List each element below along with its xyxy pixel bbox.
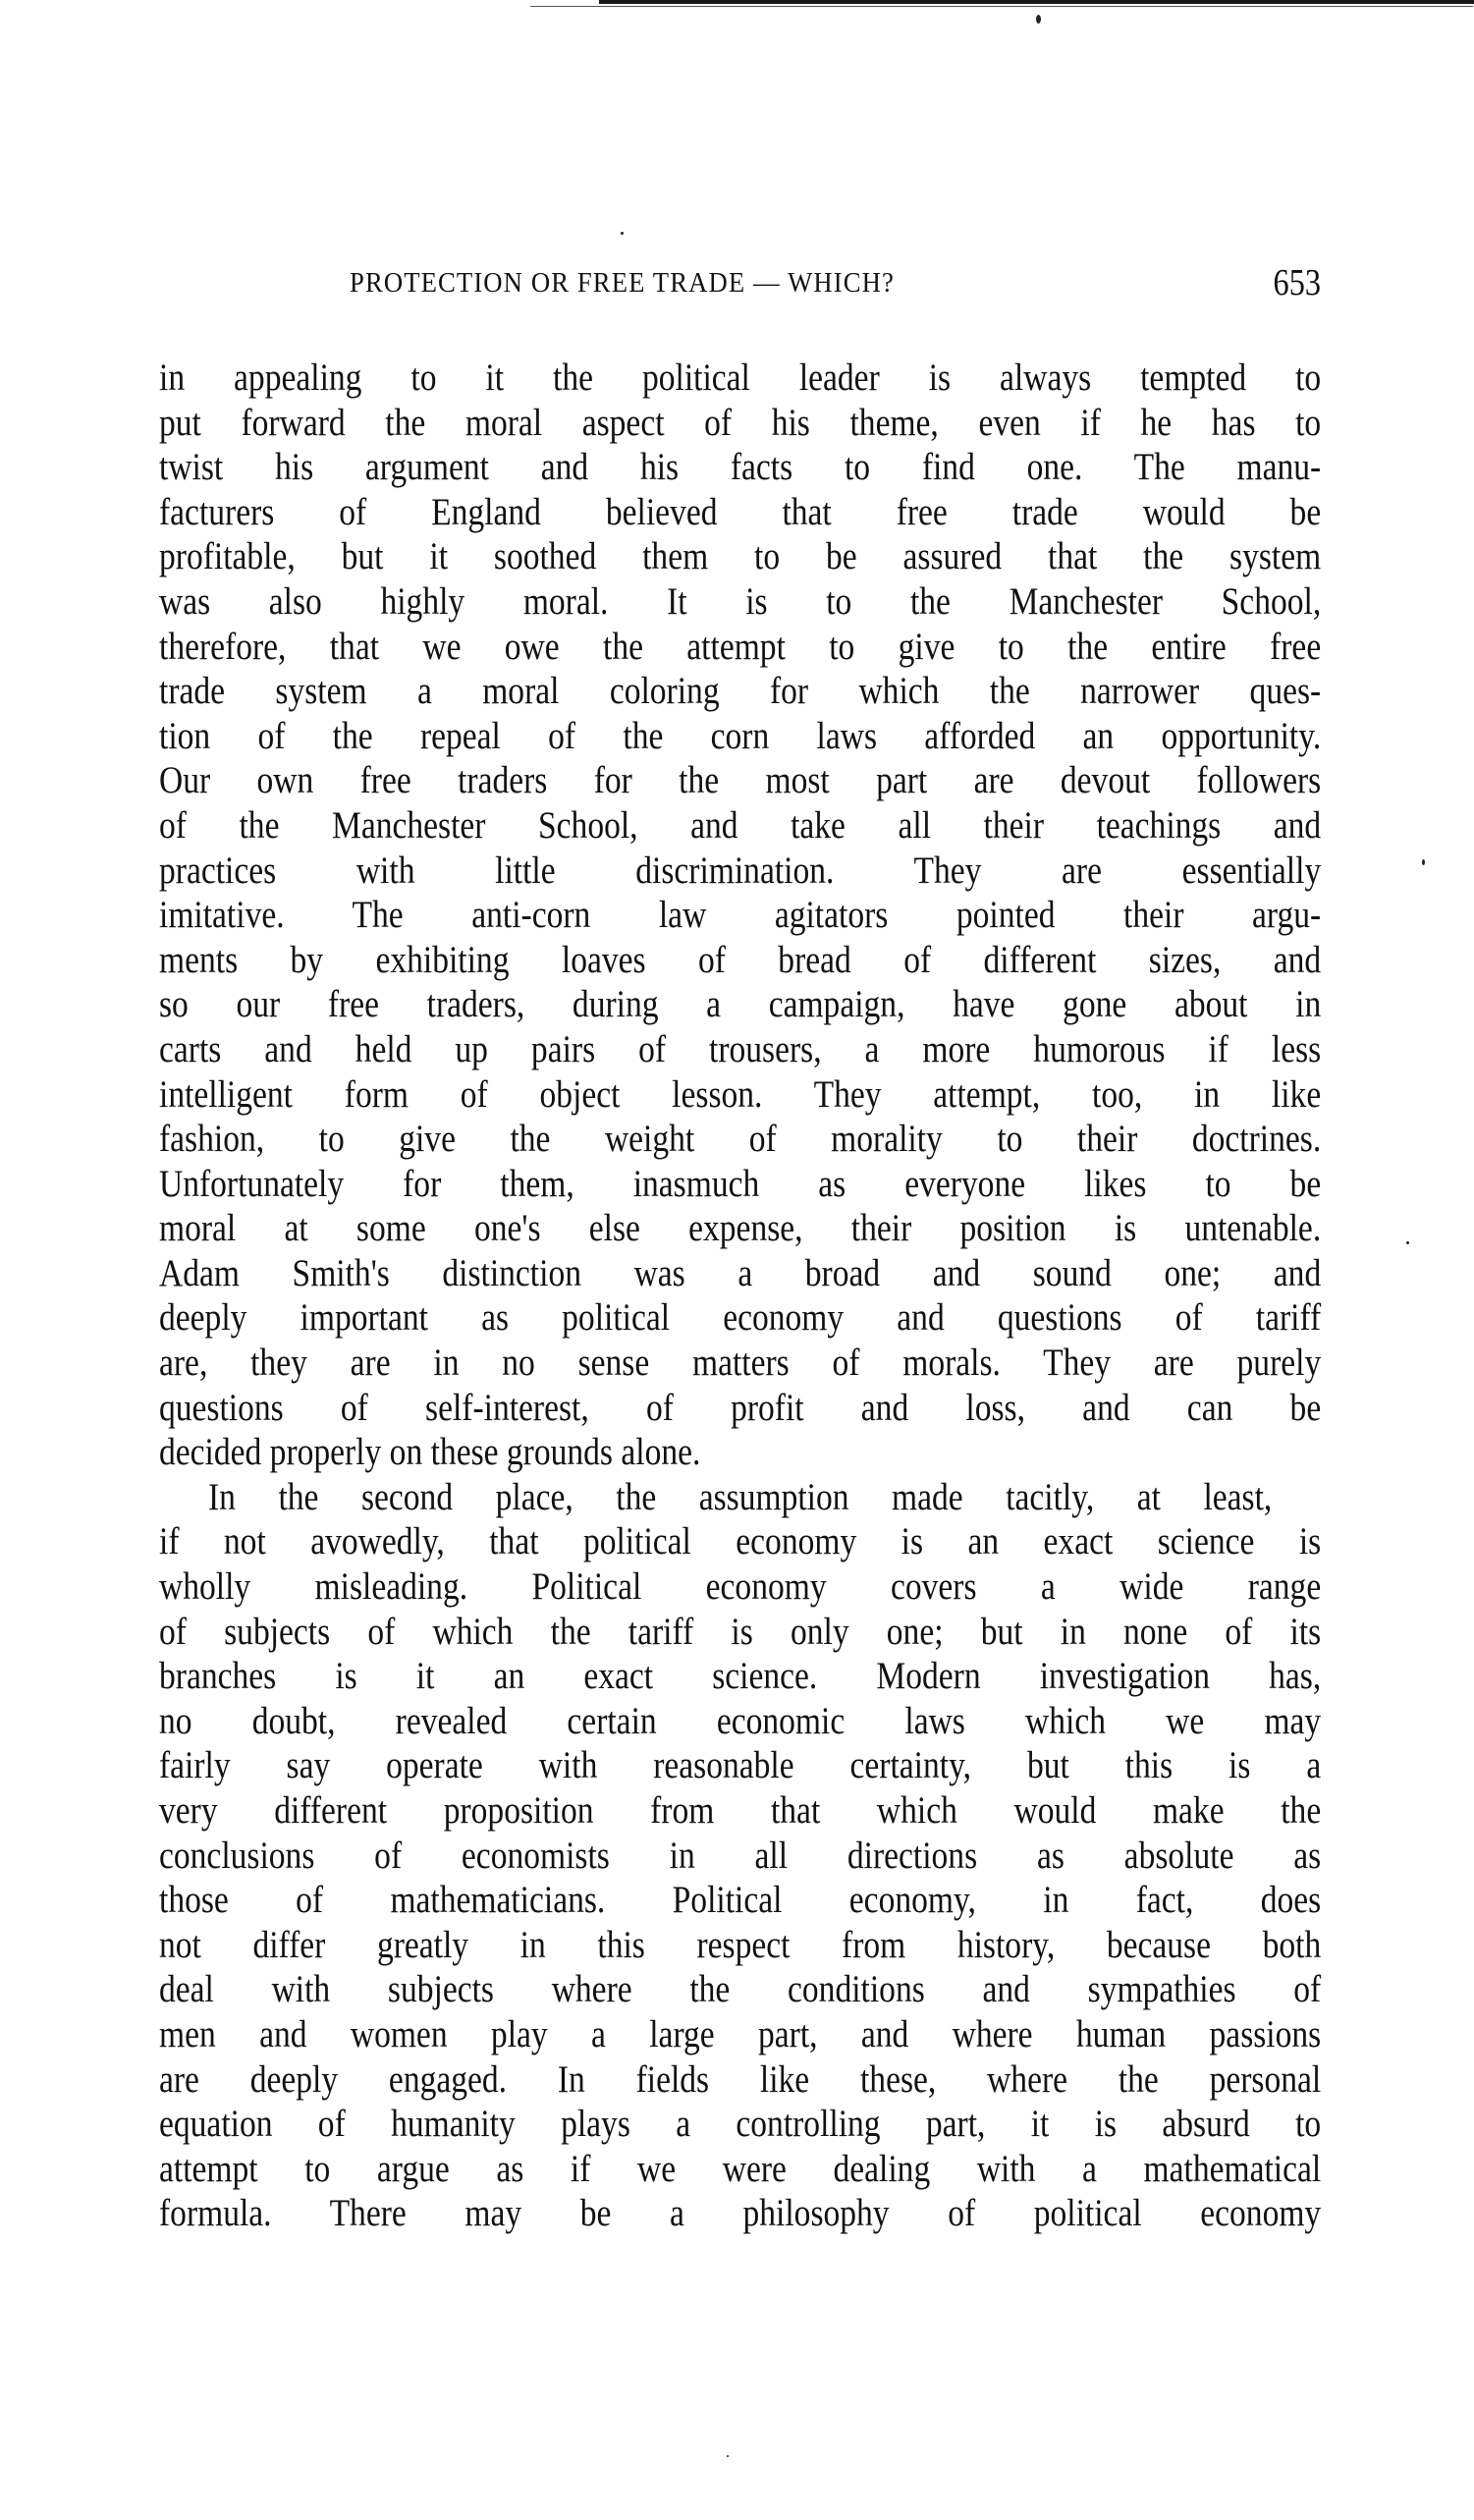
text-line: practices with little discrimination. Th… bbox=[159, 849, 1321, 894]
text-line: fairly say operate with reasonable certa… bbox=[159, 1743, 1321, 1788]
text-line: equation of humanity plays a controlling… bbox=[159, 2102, 1321, 2147]
scan-speck bbox=[1422, 859, 1425, 865]
body-text: in appealing to it the political leader … bbox=[159, 356, 1321, 2236]
text-line: wholly misleading. Political economy cov… bbox=[159, 1564, 1321, 1610]
running-title: PROTECTION OR FREE TRADE — WHICH? bbox=[350, 267, 895, 300]
text-line: carts and held up pairs of trousers, a m… bbox=[159, 1027, 1321, 1072]
scan-speck bbox=[727, 2455, 729, 2457]
text-line: tion of the repeal of the corn laws affo… bbox=[159, 714, 1321, 759]
text-line: in appealing to it the political leader … bbox=[159, 356, 1321, 401]
text-line: conclusions of economists in all directi… bbox=[159, 1834, 1321, 1879]
text-line: profitable, but it soothed them to be as… bbox=[159, 534, 1321, 579]
text-line-paragraph-end: decided properly on these grounds alone. bbox=[159, 1430, 1321, 1475]
text-line: deal with subjects where the conditions … bbox=[159, 1967, 1321, 2012]
text-line: put forward the moral aspect of his them… bbox=[159, 401, 1321, 446]
text-line: so our free traders, during a campaign, … bbox=[159, 982, 1321, 1027]
text-line: imitative. The anti-corn law agitators p… bbox=[159, 893, 1321, 938]
text-line: moral at some one's else expense, their … bbox=[159, 1206, 1321, 1251]
text-line: deeply important as political economy an… bbox=[159, 1295, 1321, 1341]
text-line: twist his argument and his facts to find… bbox=[159, 445, 1321, 490]
text-line: formula. There may be a philosophy of po… bbox=[159, 2191, 1321, 2236]
scan-top-edge-rule-thin bbox=[530, 6, 1473, 7]
text-line: are deeply engaged. In fields like these… bbox=[159, 2057, 1321, 2103]
text-line-paragraph-start: In the second place, the assumption made… bbox=[159, 1475, 1321, 1520]
text-line: therefore, that we owe the attempt to gi… bbox=[159, 625, 1321, 670]
text-line: no doubt, revealed certain economic laws… bbox=[159, 1699, 1321, 1744]
text-line: questions of self-interest, of profit an… bbox=[159, 1386, 1321, 1431]
text-line: those of mathematicians. Political econo… bbox=[159, 1878, 1321, 1923]
running-head: PROTECTION OR FREE TRADE — WHICH? 653 bbox=[159, 261, 1321, 310]
text-line: are, they are in no sense matters of mor… bbox=[159, 1341, 1321, 1386]
text-line: Adam Smith's distinction was a broad and… bbox=[159, 1251, 1321, 1296]
text-line: of the Manchester School, and take all t… bbox=[159, 803, 1321, 849]
text-line: men and women play a large part, and whe… bbox=[159, 2012, 1321, 2057]
text-line: of subjects of which the tariff is only … bbox=[159, 1610, 1321, 1655]
text-line: facturers of England believed that free … bbox=[159, 490, 1321, 535]
text-line: attempt to argue as if we were dealing w… bbox=[159, 2147, 1321, 2192]
text-line: trade system a moral coloring for which … bbox=[159, 669, 1321, 714]
text-line: was also highly moral. It is to the Manc… bbox=[159, 579, 1321, 625]
text-line: if not avowedly, that political economy … bbox=[159, 1519, 1321, 1564]
text-line: Our own free traders for the most part a… bbox=[159, 758, 1321, 803]
text-line: branches is it an exact science. Modern … bbox=[159, 1654, 1321, 1699]
scan-speck bbox=[1036, 15, 1041, 24]
scan-top-edge-rule bbox=[599, 0, 1474, 4]
text-line: ments by exhibiting loaves of bread of d… bbox=[159, 938, 1321, 983]
text-line: not differ greatly in this respect from … bbox=[159, 1923, 1321, 1968]
text-line: Unfortunately for them, inasmuch as ever… bbox=[159, 1162, 1321, 1207]
scan-speck bbox=[621, 232, 624, 235]
scan-speck bbox=[1406, 1241, 1409, 1244]
text-line: intelligent form of object lesson. They … bbox=[159, 1072, 1321, 1118]
text-line: fashion, to give the weight of morality … bbox=[159, 1117, 1321, 1162]
text-line: very different proposition from that whi… bbox=[159, 1788, 1321, 1834]
page-number: 653 bbox=[1274, 261, 1321, 304]
